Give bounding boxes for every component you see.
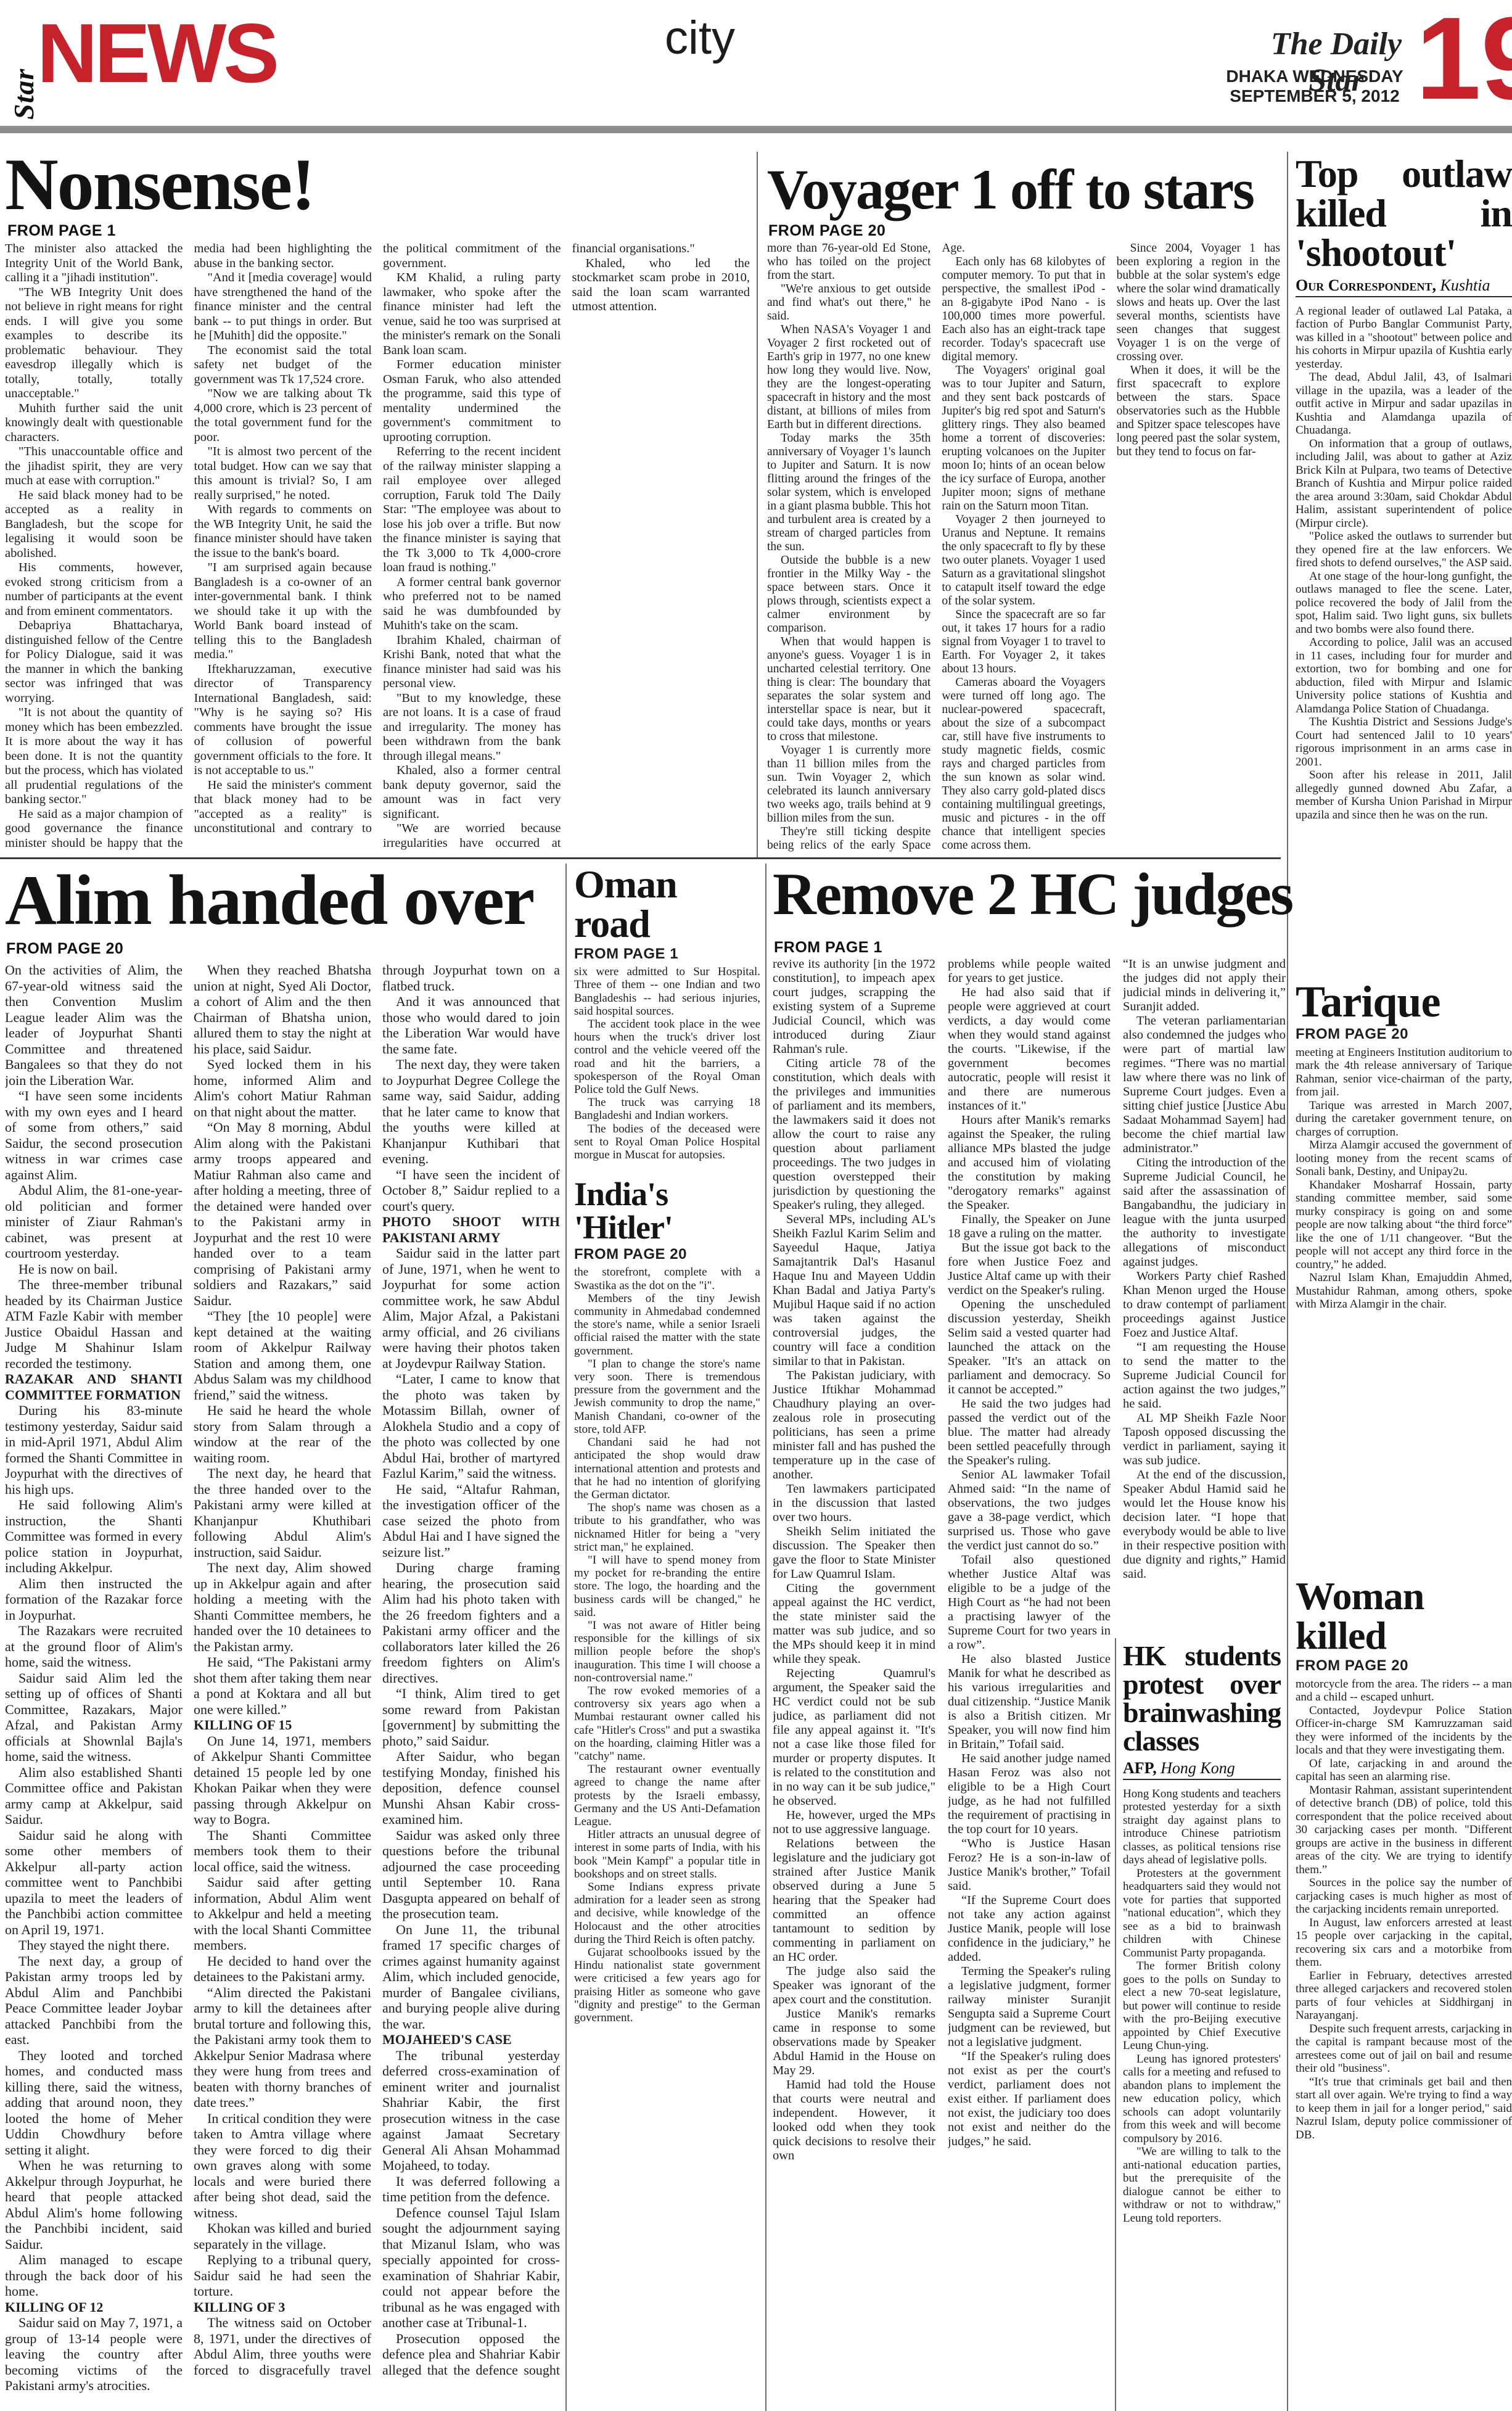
paragraph: The veteran parliamentarian also condemn… (1123, 1014, 1286, 1156)
kicker-oman-road: FROM PAGE 1 (574, 947, 760, 960)
article-body-woman-killed: motorcycle from the area. The riders -- … (1296, 1678, 1512, 2142)
column-rule (1115, 1638, 1116, 2411)
paragraph: Each only has 68 kilobytes of computer m… (942, 255, 1105, 364)
dateline: DHAKA WEDNESDAY SEPTEMBER 5, 2012 (1210, 67, 1420, 106)
headline-woman-killed: Woman killed (1296, 1576, 1512, 1655)
paragraph: A former central bank governor who prefe… (383, 575, 561, 633)
paragraph: Members of the tiny Jewish community in … (574, 1292, 760, 1358)
paragraph: At one stage of the hour-long gunfight, … (1296, 570, 1512, 637)
paragraph: Today marks the 35th anniversary of Voya… (767, 432, 931, 554)
paragraph: He, however, urged the MPs not to use ag… (773, 1808, 935, 1837)
paragraph: Terming the Speaker's ruling a legislati… (948, 1964, 1111, 2050)
paragraph: revive its authority [in the 1972 consti… (773, 957, 935, 1057)
paragraph: He said black money had to be accepted a… (5, 488, 183, 561)
page-number: 19 (1416, 0, 1512, 117)
paragraph: When NASA's Voyager 1 and Voyager 2 firs… (767, 323, 931, 432)
paragraph: Earlier in February, detectives arrested… (1296, 1969, 1512, 2022)
paragraph: "I am surprised again because Bangladesh… (194, 561, 372, 662)
paragraph: Referring to the recent incident of the … (383, 445, 561, 575)
paragraph: “If the Supreme Court does not take any … (948, 1894, 1111, 1964)
paragraph: Since 2004, Voyager 1 has been exploring… (1117, 242, 1280, 364)
article-hk-students: HK students protest over brainwashing cl… (1123, 1642, 1281, 2411)
paragraph: The row evoked memories of a controversy… (574, 1684, 760, 1763)
paragraph: “I think, Alim tired to get some reward … (382, 1686, 560, 1749)
paragraph: The economist said the total safety net … (194, 344, 372, 387)
paragraph: “Who is Justice Hasan Feroz? He is a son… (948, 1837, 1111, 1894)
paragraph: Iftekharuzzaman, executive director of T… (194, 662, 372, 778)
kicker-woman-killed: FROM PAGE 20 (1296, 1659, 1512, 1673)
paragraph: meeting at Engineers Institution auditor… (1296, 1046, 1512, 1099)
byline-hk: AFP, Hong Kong (1123, 1762, 1281, 1775)
paragraph: Gujarat schoolbooks issued by the Hindu … (574, 1946, 760, 2024)
paragraph: motorcycle from the area. The riders -- … (1296, 1678, 1512, 1704)
paragraph: the storefront, complete with a Swastika… (574, 1266, 760, 1292)
paragraph: Khandaker Mosharraf Hossain, party stand… (1296, 1179, 1512, 1272)
paragraph: Opening the unscheduled discussion yeste… (948, 1298, 1111, 1397)
article-body-tarique: meeting at Engineers Institution auditor… (1296, 1046, 1512, 1311)
paragraph: He said another judge named Hasan Feroz … (948, 1752, 1111, 1837)
paragraph: six were admitted to Sur Hospital. Three… (574, 965, 760, 1018)
paragraph: When he was returning to Akkelpur throug… (5, 2158, 183, 2252)
paragraph: "This unaccountable office and the jihad… (5, 445, 183, 488)
paragraph: Voyager 1 is currently more than 11 bill… (767, 744, 931, 825)
paragraph: He is now on bail. (5, 1261, 183, 1277)
paragraph: AL MP Sheikh Fazle Noor Taposh opposed d… (1123, 1411, 1286, 1468)
paragraph: During his 83-minute testimony yesterday… (5, 1403, 183, 1497)
paragraph: The Voyagers' original goal was to tour … (942, 364, 1105, 513)
paragraph: The truck was carrying 18 Bangladeshi an… (574, 1096, 760, 1122)
paragraph: On information that a group of outlaws, … (1296, 437, 1512, 530)
paragraph: “I have seen some incidents with my own … (5, 1088, 183, 1182)
paragraph: Protesters at the government headquarter… (1123, 1867, 1281, 1960)
paragraph: "The WB Integrity Unit does not believe … (5, 286, 183, 402)
paragraph: Sources in the police say the number of … (1296, 1876, 1512, 1916)
paragraph: Saidur said Alim led the setting up of o… (5, 1670, 183, 1765)
paragraph: Tarique was arrested in March 2007, duri… (1296, 1099, 1512, 1139)
paragraph: “Alim directed the Pakistani army to kil… (194, 1985, 371, 2111)
paragraph: The bodies of the deceased were sent to … (574, 1123, 760, 1162)
paragraph: Rejecting Quamrul's argument, the Speake… (773, 1667, 935, 1808)
byline-name: AFP, (1123, 1759, 1157, 1777)
headline-tarique: Tarique (1296, 979, 1512, 1024)
byline-name: Our Correspondent, (1296, 276, 1436, 294)
paragraph: "It is not about the quantity of money w… (5, 706, 183, 807)
paragraph: Finally, the Speaker on June 18 gave a r… (948, 1213, 1111, 1241)
byline-rule (1123, 1779, 1281, 1780)
subhead: RAZAKAR AND SHANTI COMMITTEE FORMATION (5, 1371, 183, 1403)
paragraph: Mirza Alamgir accused the government of … (1296, 1139, 1512, 1179)
paragraph: "I will have to spend money from my pock… (574, 1554, 760, 1619)
paragraph: The shop's name was chosen as a tribute … (574, 1501, 760, 1554)
kicker-nonsense: FROM PAGE 1 (7, 222, 116, 240)
byline-place: Kushtia (1440, 276, 1490, 294)
article-woman-killed: Woman killed FROM PAGE 20 motorcycle fro… (1296, 1576, 1512, 2411)
paragraph: Saidur said in the latter part of June, … (382, 1245, 560, 1371)
paragraph: Abdul Alim, the 81-one-year-old politici… (5, 1182, 183, 1261)
paragraph: "It is almost two percent of the total b… (194, 445, 372, 503)
article-body-indias-hitler: the storefront, complete with a Swastika… (574, 1266, 760, 2024)
paragraph: The tribunal yesterday deferred cross-ex… (382, 2048, 560, 2174)
paragraph: The next day, they were taken to Joypurh… (382, 1057, 560, 1167)
article-body-nonsense: The minister also attacked the Integrity… (5, 242, 750, 857)
paragraph: On June 14, 1971, members of Akkelpur Sh… (194, 1733, 371, 1828)
star-logo: Star (7, 21, 40, 120)
paragraph: Ten lawmakers participated in the discus… (773, 1482, 935, 1525)
headline-nonsense: Nonsense! (5, 148, 314, 221)
remove-judges-col1: revive its authority [in the 1972 consti… (773, 957, 935, 2411)
headline-oman-road: Oman road (574, 865, 760, 944)
byline-outlaw: Our Correspondent, Kushtia (1296, 279, 1512, 292)
paragraph: "We are willing to talk to the anti-nati… (1123, 2145, 1281, 2225)
paragraph: Citing the introduction of the Supreme J… (1123, 1156, 1286, 1269)
paragraph: Replying to a tribunal query, Saidur sai… (194, 2252, 371, 2299)
paragraph: On June 11, the tribunal framed 17 speci… (382, 1922, 560, 2032)
headline-hk-students: HK students protest over brainwashing cl… (1123, 1642, 1281, 1755)
byline-place: Hong Kong (1161, 1759, 1235, 1777)
paragraph: The next day, he heard that the three ha… (194, 1465, 371, 1560)
paragraph: Sheikh Selim initiated the discussion. T… (773, 1525, 935, 1581)
paragraph: “If the Speaker's ruling does not exist … (948, 2050, 1111, 2149)
paragraph: Khokan was killed and buried separately … (194, 2220, 371, 2252)
paragraph: Saidur was asked only three questions be… (382, 1828, 560, 1922)
paragraph: Leung has ignored protesters' calls for … (1123, 2053, 1281, 2146)
paragraph: In August, law enforcers arrested at lea… (1296, 1916, 1512, 1969)
remove-judges-col2: problems while people waited for years t… (948, 957, 1111, 2411)
paragraph: Alim then instructed the formation of th… (5, 1576, 183, 1623)
paragraph: The restaurant owner eventually agreed t… (574, 1763, 760, 1828)
paragraph: "Now we are talking about Tk 4,000 crore… (194, 387, 372, 445)
paragraph: It was deferred following a time petitio… (382, 2174, 560, 2205)
paragraph: Ibrahim Khaled, chairman of Krishi Bank,… (383, 633, 561, 691)
paragraph: "But to my knowledge, these are not loan… (383, 691, 561, 764)
paragraph: The former British colony goes to the po… (1123, 1960, 1281, 2053)
paragraph: After Saidur, who began testifying Monda… (382, 1749, 560, 1828)
paragraph: Alim managed to escape through the back … (5, 2252, 183, 2299)
paragraph: Relations between the legislature and th… (773, 1837, 935, 1964)
paragraph: And it was announced that those who woul… (382, 994, 560, 1057)
newspaper-page: Star NEWS city The Daily Star DHAKA WEDN… (0, 0, 1512, 2411)
paragraph: Tofail also questioned whether Justice A… (948, 1553, 1111, 1652)
headline-alim: Alim handed over (5, 866, 533, 936)
paragraph: “On May 8 morning, Abdul Alim along with… (194, 1119, 371, 1308)
paragraph: Defence counsel Tajul Islam sought the a… (382, 2205, 560, 2331)
article-outlaw: Top outlaw killed in 'shootout' Our Corr… (1296, 154, 1512, 975)
paragraph: Hitler attracts an unusual degree of int… (574, 1828, 760, 1881)
paragraph: Some Indians express private admiration … (574, 1881, 760, 1946)
subhead: PHOTO SHOOT WITH PAKISTANI ARMY (382, 1214, 560, 1245)
paragraph: When it does, it will be the first space… (1117, 364, 1280, 459)
paragraph: “Later, I came to know that the photo wa… (382, 1371, 560, 1482)
paragraph: Former education minister Osman Faruk, w… (383, 358, 561, 445)
paragraph: He said he heard the whole story from Sa… (194, 1403, 371, 1465)
paragraph: Nazrul Islam Khan, Emajuddin Ahmed, Must… (1296, 1271, 1512, 1311)
paragraph: Montasir Rahman, assistant superintenden… (1296, 1784, 1512, 1877)
paragraph: Debapriya Bhattacharya, distinguished fe… (5, 619, 183, 706)
paragraph: "We're anxious to get outside and find w… (767, 282, 931, 323)
paragraph: But the issue got back to the fore when … (948, 1241, 1111, 1298)
paragraph: Justice Manik's remarks came in response… (773, 2007, 935, 2078)
remove-judges-col3: “It is an unwise judgment and the judges… (1123, 957, 1286, 1633)
paragraph: Saidur said he along with some other mem… (5, 1828, 183, 1938)
paragraph: "Police asked the outlaws to surrender b… (1296, 530, 1512, 570)
kicker-voyager: FROM PAGE 20 (768, 222, 885, 240)
paragraph: Chandani said he had not anticipated the… (574, 1436, 760, 1501)
paragraph: When they reached Bhatsha union at night… (194, 962, 371, 1057)
paragraph: “It's true that criminals get bail and t… (1296, 2075, 1512, 2142)
kicker-tarique: FROM PAGE 20 (1296, 1028, 1512, 1041)
paragraph: Hours after Manik's remarks against the … (948, 1113, 1111, 1213)
article-body-hk-students: Hong Kong students and teachers proteste… (1123, 1787, 1281, 2225)
news-logo: NEWS (37, 11, 276, 95)
paragraph: Outside the bubble is a new frontier in … (767, 554, 931, 635)
paragraph: Since the spacecraft are so far out, it … (942, 608, 1105, 676)
paragraph: The Pakistan judiciary, with Justice Ift… (773, 1369, 935, 1482)
paragraph: Cameras aboard the Voyagers were turned … (942, 676, 1105, 852)
paragraph: The next day, Alim showed up in Akkelpur… (194, 1560, 371, 1654)
column-rule (757, 152, 758, 857)
paragraph: Saidur said on May 7, 1971, a group of 1… (5, 2315, 183, 2394)
paragraph: problems while people waited for years t… (948, 957, 1111, 986)
paragraph: The three-member tribunal headed by its … (5, 1277, 183, 1371)
paragraph: On the activities of Alim, the 67-year-o… (5, 962, 183, 1088)
paragraph: Of late, carjacking in and around the ca… (1296, 1757, 1512, 1784)
paragraph: With regards to comments on the WB Integ… (194, 503, 372, 561)
headline-indias-hitler: India's 'Hitler' (574, 1177, 760, 1244)
paragraph: The Shanti Committee members took them t… (194, 1828, 371, 1875)
paragraph: Citing the government appeal against the… (773, 1581, 935, 1667)
paragraph: He said the two judges had passed the ve… (948, 1397, 1111, 1468)
paragraph: The minister also attacked the Integrity… (5, 242, 183, 286)
paragraph: They looted and torched homes, and condu… (5, 2048, 183, 2158)
paragraph: When that would happen is anyone's guess… (767, 635, 931, 744)
paragraph: “I have seen the incident of October 8,”… (382, 1167, 560, 1214)
paragraph: Soon after his release in 2011, Jalil al… (1296, 769, 1512, 822)
paragraph: "And it [media coverage] would have stre… (194, 271, 372, 344)
paragraph: A regional leader of outlawed Lal Pataka… (1296, 305, 1512, 371)
byline-rule (1296, 296, 1512, 297)
paragraph: The accident took place in the wee hours… (574, 1018, 760, 1096)
paragraph: He said, “Altafur Rahman, the investigat… (382, 1482, 560, 1560)
paragraph: The Kushtia District and Sessions Judge'… (1296, 715, 1512, 769)
paragraph: "I plan to change the store's name very … (574, 1358, 760, 1436)
paragraph: Saidur said after getting information, A… (194, 1874, 371, 1953)
paragraph: Hong Kong students and teachers proteste… (1123, 1787, 1281, 1867)
subhead: KILLING OF 3 (194, 2299, 371, 2315)
paragraph: The judge also said the Speaker was igno… (773, 1964, 935, 2007)
paragraph: In critical condition they were taken to… (194, 2111, 371, 2221)
column-rule (1287, 152, 1288, 2411)
kicker-remove-judges: FROM PAGE 1 (774, 939, 882, 957)
article-body-alim: On the activities of Alim, the 67-year-o… (5, 962, 560, 2405)
paragraph: “They [the 10 people] were kept detained… (194, 1308, 371, 1403)
paragraph: The Razakars were recruited at the groun… (5, 1623, 183, 1670)
article-body-outlaw: A regional leader of outlawed Lal Pataka… (1296, 305, 1512, 822)
paragraph: Contacted, Joydevpur Police Station Offi… (1296, 1704, 1512, 1757)
section-label: city (665, 11, 735, 65)
paragraph: His comments, however, evoked strong cri… (5, 561, 183, 619)
paragraph: Citing article 78 of the constitution, w… (773, 1057, 935, 1213)
paragraph: During charge framing hearing, the prose… (382, 1560, 560, 1686)
paragraph: Hamid had told the House that courts wer… (773, 2078, 935, 2163)
article-body-oman-road: six were admitted to Sur Hospital. Three… (574, 965, 760, 1161)
paragraph: KM Khalid, a ruling party lawmaker, who … (383, 271, 561, 358)
article-body-voyager: more than 76-year-old Ed Stone, who has … (767, 242, 1280, 857)
headline-remove-judges: Remove 2 HC judges (773, 865, 1292, 924)
paragraph: Several MPs, including AL's Sheikh Fazlu… (773, 1213, 935, 1369)
column-rule (765, 863, 766, 2411)
paragraph: Despite such frequent arrests, carjackin… (1296, 2022, 1512, 2075)
kicker-indias-hitler: FROM PAGE 20 (574, 1248, 760, 1261)
band-rule (0, 857, 1281, 859)
masthead-rule (0, 126, 1512, 133)
paragraph: He said following Alim's instruction, th… (5, 1497, 183, 1576)
paragraph: Alim also established Shanti Committee o… (5, 1765, 183, 1828)
paragraph: more than 76-year-old Ed Stone, who has … (767, 242, 931, 282)
subhead: KILLING OF 12 (5, 2299, 183, 2315)
paragraph: Senior AL lawmaker Tofail Ahmed said: “I… (948, 1468, 1111, 1553)
paragraph: Muhith further said the unit knowingly d… (5, 402, 183, 445)
paragraph: Workers Party chief Rashed Khan Menon ur… (1123, 1269, 1286, 1340)
paragraph: They stayed the night there. (5, 1937, 183, 1953)
paragraph: “It is an unwise judgment and the judges… (1123, 957, 1286, 1014)
paragraph: Khaled, who led the stockmarket scam pro… (572, 257, 750, 315)
paragraph: At the end of the discussion, Speaker Ab… (1123, 1468, 1286, 1581)
article-oman-hitler-column: Oman road FROM PAGE 1 six were admitted … (574, 865, 760, 2410)
paragraph: The next day, a group of Pakistan army t… (5, 1953, 183, 2048)
paragraph: Voyager 2 then journeyed to Uranus and N… (942, 513, 1105, 608)
paragraph: He said, “The Pakistani army shot them a… (194, 1654, 371, 1717)
paragraph: "I was not aware of Hitler being respons… (574, 1619, 760, 1684)
subhead: MOJAHEED'S CASE (382, 2032, 560, 2048)
paragraph: He had also said that if people were agg… (948, 986, 1111, 1113)
subhead: KILLING OF 15 (194, 1717, 371, 1733)
headline-outlaw: Top outlaw killed in 'shootout' (1296, 154, 1512, 273)
paragraph: The dead, Abdul Jalil, 43, of Isalmari v… (1296, 371, 1512, 437)
article-tarique: Tarique FROM PAGE 20 meeting at Engineer… (1296, 979, 1512, 1572)
paragraph: He also blasted Justice Manik for what h… (948, 1652, 1111, 1752)
headline-voyager: Voyager 1 off to stars (767, 162, 1254, 217)
column-rule (565, 863, 567, 2411)
paragraph: Khaled, also a former central bank deput… (383, 764, 561, 822)
paragraph: Syed locked them in his home, informed A… (194, 1057, 371, 1119)
paragraph: He decided to hand over the detainees to… (194, 1953, 371, 1985)
paragraph: “I am requesting the House to send the m… (1123, 1340, 1286, 1411)
paragraph: According to police, Jalil was an accuse… (1296, 636, 1512, 715)
kicker-alim: FROM PAGE 20 (6, 940, 123, 958)
